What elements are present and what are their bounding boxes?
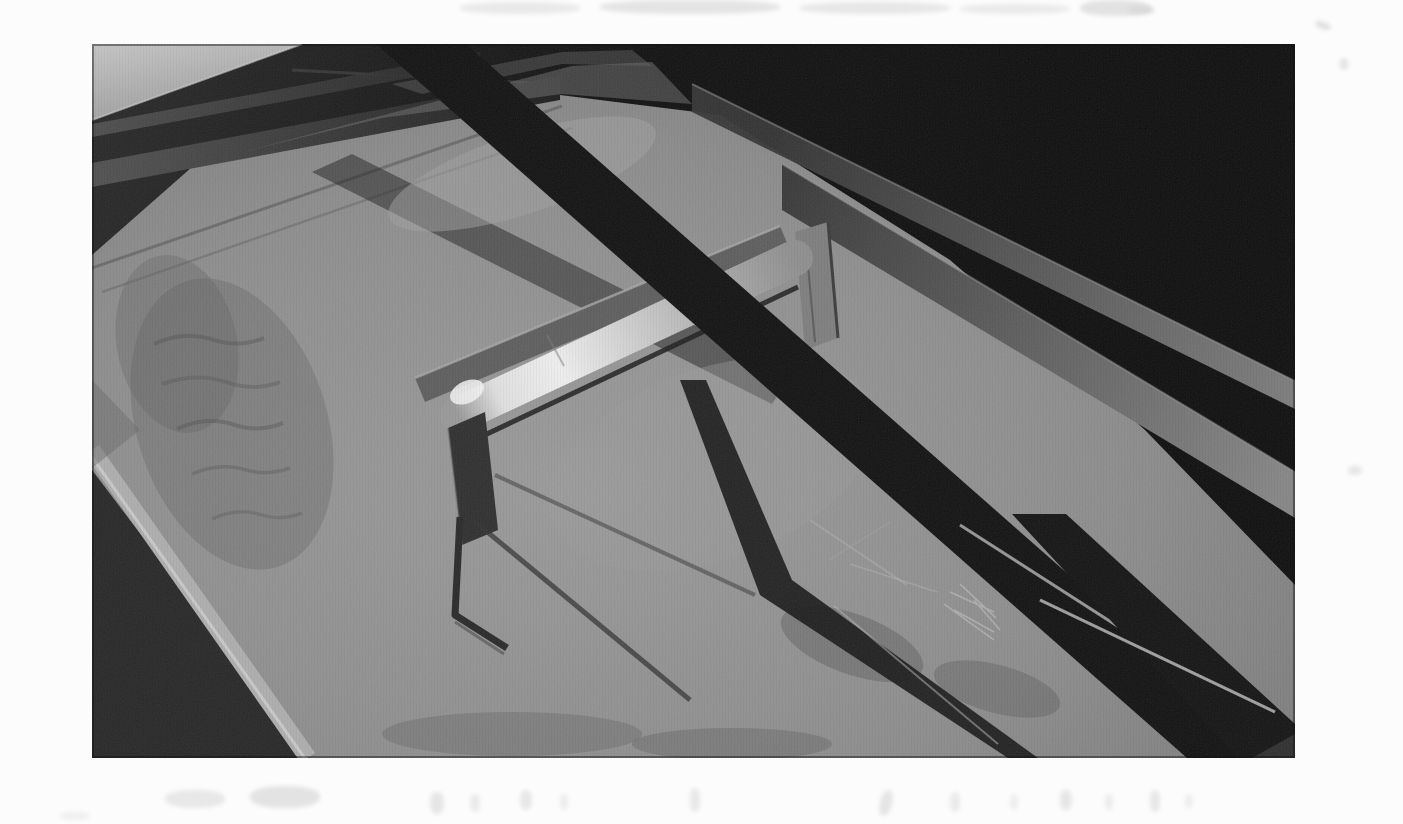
scanned-page <box>0 0 1403 824</box>
scan-smudge <box>430 792 444 814</box>
scan-smudge <box>1060 790 1072 810</box>
scan-smudge <box>1185 794 1193 808</box>
scan-smudge <box>600 0 780 14</box>
scan-smudge <box>960 4 1070 14</box>
scan-smudge <box>520 790 532 810</box>
scan-smudge <box>60 812 90 820</box>
scan-smudge <box>800 2 950 14</box>
scan-smudge <box>690 788 700 812</box>
scan-smudge <box>1348 466 1362 475</box>
scan-smudge <box>1340 58 1348 70</box>
halftone-photograph <box>92 44 1295 758</box>
scan-smudge <box>950 792 960 812</box>
scan-smudge <box>1010 794 1018 810</box>
scan-smudge <box>460 2 580 14</box>
scan-smudge <box>1105 794 1113 810</box>
scan-smudge <box>250 786 320 808</box>
scan-smudge <box>1150 790 1160 812</box>
scan-smudge <box>877 789 895 817</box>
scan-smudge <box>1128 6 1154 14</box>
scan-smudge <box>470 794 480 812</box>
scan-smudge <box>1314 19 1331 31</box>
scan-smudge <box>560 794 568 810</box>
scan-smudge <box>165 790 225 808</box>
halftone-grain <box>92 44 1295 758</box>
